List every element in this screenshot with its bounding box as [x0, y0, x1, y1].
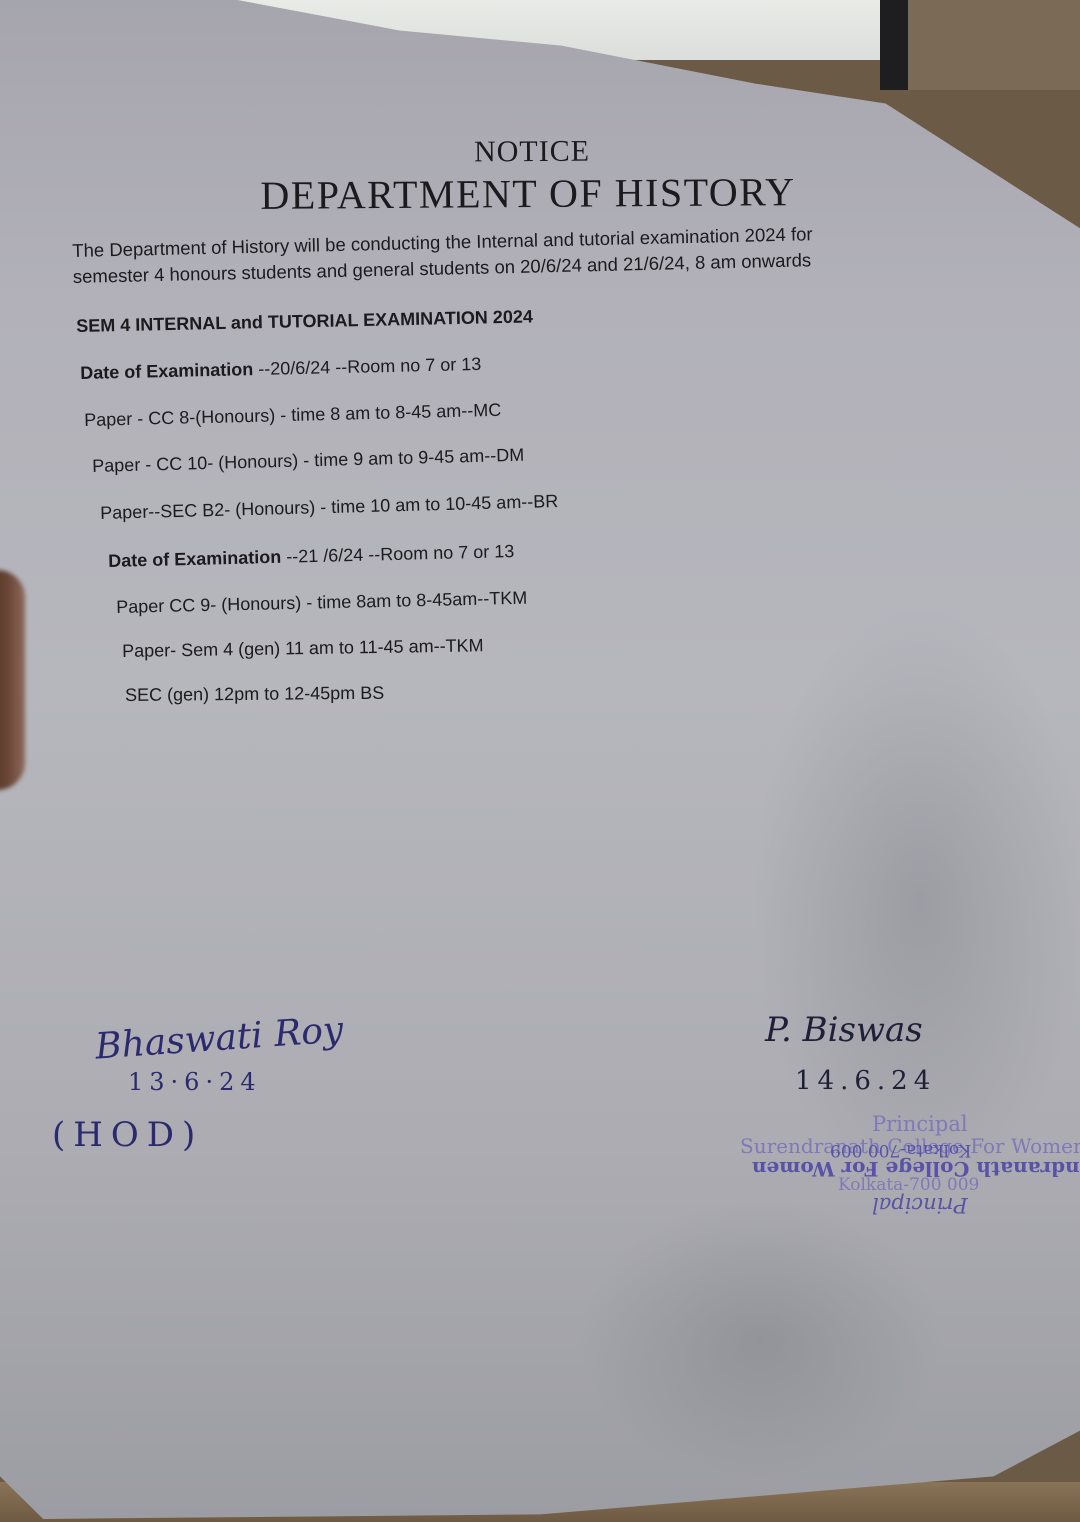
- exam-date-day-2: Date of Examination --21 /6/24 --Room no…: [108, 541, 515, 572]
- date-label: Date of Examination: [80, 359, 253, 383]
- paper-line: Paper - CC 8-(Honours) - time 8 am to 8-…: [84, 400, 501, 431]
- paper-line: SEC (gen) 12pm to 12-45pm BS: [125, 683, 384, 706]
- paper-line: Paper- Sem 4 (gen) 11 am to 11-45 am--TK…: [122, 635, 484, 662]
- date-details: --21 /6/24 --Room no 7 or 13: [281, 541, 515, 567]
- paper-line: Paper CC 9- (Honours) - time 8am to 8-45…: [116, 588, 527, 618]
- department-heading: DEPARTMENT OF HISTORY: [0, 166, 1056, 220]
- date-details: --20/6/24 --Room no 7 or 13: [253, 354, 482, 379]
- notice-document: NOTICE DEPARTMENT OF HISTORY The Departm…: [0, 0, 1080, 1522]
- stamp-principal-title-inverted: Principal: [872, 1193, 968, 1217]
- hod-role: (HOD): [52, 1115, 203, 1155]
- principal-sign-date: 14.6.24: [795, 1066, 936, 1096]
- hod-signature: Bhaswati Roy: [94, 1009, 345, 1067]
- hod-sign-date: 13·6·24: [128, 1068, 262, 1096]
- date-label: Date of Examination: [108, 547, 281, 571]
- intro-paragraph: The Department of History will be conduc…: [72, 218, 953, 290]
- principal-signature: P. Biswas: [765, 1010, 923, 1050]
- stamp-city: Kolkata-700 009: [838, 1175, 979, 1195]
- paper-line: Paper - CC 10- (Honours) - time 9 am to …: [92, 445, 525, 477]
- exam-date-day-1: Date of Examination --20/6/24 --Room no …: [80, 354, 482, 384]
- stamp-principal-title: Principal: [872, 1112, 968, 1136]
- section-heading: SEM 4 INTERNAL and TUTORIAL EXAMINATION …: [76, 306, 533, 337]
- paper-line: Paper--SEC B2- (Honours) - time 10 am to…: [100, 491, 559, 524]
